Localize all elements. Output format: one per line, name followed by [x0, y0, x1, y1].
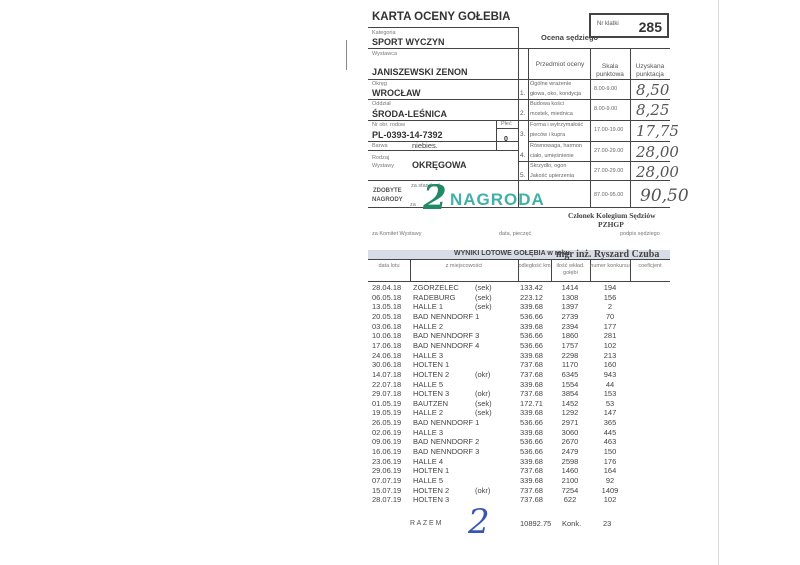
judge-signature-label: podpis sędziego [620, 231, 660, 237]
column-header: z miejscowości [410, 263, 518, 270]
flight-place: HALLE 2 [413, 322, 443, 331]
flight-birds: 1757 [555, 341, 585, 350]
table-row: 07.07.19HALLE 5339.68210092 [368, 476, 688, 485]
flight-place: HALLE 2 [413, 408, 443, 417]
table-row: 01.05.19BAUTZEN(sek)172.71145253 [368, 399, 688, 408]
flight-date: 02.06.19 [372, 428, 401, 437]
flight-distance: 737.68 [520, 389, 543, 398]
score-item-subject-1: Skrzydło, ogon [530, 162, 566, 170]
table-row: 26.05.19BAD NENNDORF 1536.662971365 [368, 418, 688, 427]
flight-tag: (okr) [475, 486, 490, 495]
flight-date: 06.05.18 [372, 293, 401, 302]
flight-birds: 2394 [555, 322, 585, 331]
cage-number-value: 285 [639, 19, 662, 35]
flight-distance: 737.68 [520, 495, 543, 504]
flight-rank: 44 [595, 380, 625, 389]
score-header-1: Uzyskana [630, 63, 670, 71]
scale-header-2: punktowa [590, 71, 630, 79]
score-header-2: punktacja [630, 71, 670, 79]
table-row: 16.06.19BAD NENNDORF 3536.662479150 [368, 447, 688, 456]
summary-konk-count: 23 [603, 519, 611, 528]
results-title: WYNIKI LOTOWE GOŁĘBIA w roku [454, 250, 570, 257]
branch-value: ŚRODA-LEŚNICA [372, 109, 447, 119]
flight-rank: 445 [595, 428, 625, 437]
flight-place: BAD NENNDORF 3 [413, 331, 479, 340]
score-item-subject-2: ciało, umięśnienie [530, 152, 574, 160]
flight-date: 28.07.19 [372, 495, 401, 504]
flight-birds: 2100 [555, 476, 585, 485]
flight-distance: 737.68 [520, 486, 543, 495]
color-label: Barwa [372, 143, 388, 149]
show-type-value: OKRĘGOWA [412, 160, 467, 170]
flight-distance: 536.66 [520, 341, 543, 350]
flight-date: 29.06.19 [372, 466, 401, 475]
flight-birds: 1554 [555, 380, 585, 389]
flight-distance: 536.66 [520, 447, 543, 456]
flight-place: HALLE 3 [413, 351, 443, 360]
flight-birds: 1414 [555, 283, 585, 292]
flight-birds: 2971 [555, 418, 585, 427]
score-item-handwritten: 28,00 [636, 143, 679, 161]
flight-rank: 463 [595, 437, 625, 446]
flight-rank: 92 [595, 476, 625, 485]
flight-distance: 223.12 [520, 293, 543, 302]
summary-km-total: 10892.75 [520, 519, 551, 528]
score-item-subject-2: pieców i kupra [530, 131, 565, 139]
flight-birds: 2739 [555, 312, 585, 321]
flight-distance: 536.66 [520, 418, 543, 427]
flight-birds: 6345 [555, 370, 585, 379]
column-header: numer konkursu [590, 263, 630, 270]
score-item-handwritten: 28,00 [636, 163, 679, 181]
flight-rank: 153 [595, 389, 625, 398]
card-title: KARTA OCENY GOŁEBIA [372, 11, 510, 23]
flight-rank: 177 [595, 322, 625, 331]
flight-place: BAD NENNDORF 3 [413, 447, 479, 456]
cage-number-label: Nr klatki [597, 21, 619, 27]
date-stamp-label: data, pieczęć [499, 231, 531, 237]
flight-date: 28.04.18 [372, 283, 401, 292]
flight-date: 15.07.19 [372, 486, 401, 495]
flight-rank: 150 [595, 447, 625, 456]
flight-place: HALLE 1 [413, 302, 443, 311]
flight-birds: 1860 [555, 331, 585, 340]
pigeon-evaluation-card: KARTA OCENY GOŁEBIA Nr klatki 285 Katego… [368, 0, 688, 565]
flight-rank: 102 [595, 341, 625, 350]
flight-place: BAD NENNDORF 4 [413, 341, 479, 350]
table-row: 03.06.18HALLE 2339.682394177 [368, 322, 688, 331]
flight-place: HALLE 3 [413, 428, 443, 437]
table-row: 28.04.18ZGORZELEC(sek)133.421414194 [368, 283, 688, 292]
flight-birds: 2670 [555, 437, 585, 446]
score-item-handwritten: 17,75 [636, 122, 679, 140]
flight-date: 01.05.19 [372, 399, 401, 408]
table-row: 19.05.19HALLE 2(sek)339.681292147 [368, 408, 688, 417]
district-label: Okręg [372, 81, 387, 87]
table-row: 09.06.19BAD NENNDORF 2536.662670463 [368, 437, 688, 446]
flight-rank: 194 [595, 283, 625, 292]
flight-date: 09.06.19 [372, 437, 401, 446]
summary-konk-label: Konk. [562, 519, 581, 528]
flight-birds: 2298 [555, 351, 585, 360]
divider [528, 99, 670, 100]
score-item-number: 5. [520, 172, 525, 179]
table-row: 23.06.19HALLE 4339.682598176 [368, 457, 688, 466]
flight-birds: 2479 [555, 447, 585, 456]
flight-date: 03.06.18 [372, 322, 401, 331]
flight-place: HOLTEN 3 [413, 389, 449, 398]
column-header: odległość km [518, 263, 551, 270]
flight-place: BAD NENNDORF 1 [413, 312, 479, 321]
table-row: 29.07.18HOLTEN 3(okr)737.683854153 [368, 389, 688, 398]
flight-distance: 339.68 [520, 351, 543, 360]
column-header: coeficjent [630, 263, 670, 270]
judge-stamp-line-2: PZHGP [598, 220, 624, 229]
divider [368, 259, 670, 260]
flight-rank: 176 [595, 457, 625, 466]
divider [368, 180, 670, 181]
flight-distance: 737.68 [520, 466, 543, 475]
score-item-number: 1. [520, 90, 525, 97]
sex-label: Płeć [501, 121, 512, 127]
table-row: 22.07.18HALLE 5339.68155444 [368, 380, 688, 389]
flight-birds: 1452 [555, 399, 585, 408]
flight-date: 19.05.19 [372, 408, 401, 417]
flight-date: 26.05.19 [372, 418, 401, 427]
total-score-handwritten: 90,50 [640, 186, 689, 206]
flight-rank: 70 [595, 312, 625, 321]
total-scale: 87.00-95.00 [594, 191, 623, 199]
color-value: niebies. [412, 141, 438, 150]
flight-rank: 156 [595, 293, 625, 302]
score-item-subject-2: mostek, miednica [530, 110, 573, 118]
divider [528, 141, 670, 142]
flight-date: 24.06.18 [372, 351, 401, 360]
table-row: 13.05.18HALLE 1(sek)339.6813972 [368, 302, 688, 311]
table-row: 29.06.19HOLTEN 1737.681460164 [368, 466, 688, 475]
flight-distance: 172.71 [520, 399, 543, 408]
flight-date: 13.05.18 [372, 302, 401, 311]
category-value: SPORT WYCZYN [372, 37, 445, 47]
flight-birds: 622 [555, 495, 585, 504]
ring-value: PL-0393-14-7392 [372, 130, 443, 140]
flight-place: HOLTEN 2 [413, 486, 449, 495]
score-item-scale: 27.00-29.00 [594, 147, 623, 155]
flight-birds: 7254 [555, 486, 585, 495]
show-type-label-2: Wystawy [372, 163, 394, 169]
flight-date: 14.07.18 [372, 370, 401, 379]
divider [368, 48, 670, 49]
flight-place: HOLTEN 3 [413, 495, 449, 504]
flight-distance: 339.68 [520, 428, 543, 437]
score-item-subject-1: Ogólne wrażenie [530, 80, 571, 88]
column-header: data lotu [368, 263, 410, 270]
flight-rank: 213 [595, 351, 625, 360]
exhibitor-label: Wystawca [372, 51, 397, 57]
flight-rank: 2 [595, 302, 625, 311]
flight-place: HOLTEN 1 [413, 466, 449, 475]
flight-tag: (sek) [475, 302, 492, 311]
branch-label: Oddział [372, 101, 391, 107]
district-value: WROCŁAW [372, 88, 421, 98]
flight-distance: 536.66 [520, 312, 543, 321]
show-type-label-1: Rodzaj [372, 155, 389, 161]
divider [368, 150, 518, 151]
flight-place: HOLTEN 2 [413, 370, 449, 379]
flight-distance: 339.68 [520, 380, 543, 389]
score-item-subject-1: Forma i wytrzymałość [530, 121, 583, 129]
column-header: ilość wkład. gołębi [551, 263, 590, 277]
flight-tag: (sek) [475, 399, 492, 408]
flight-rank: 102 [595, 495, 625, 504]
flight-birds: 1308 [555, 293, 585, 302]
divider [518, 27, 519, 207]
score-item-scale: 8.00-9.00 [594, 85, 617, 93]
awards-label-2: NAGRODY [372, 197, 403, 203]
score-item-number: 3. [520, 131, 525, 138]
table-row: 17.06.18BAD NENNDORF 4536.661757102 [368, 341, 688, 350]
table-row: 06.05.18RADEBURG(sek)223.121308156 [368, 293, 688, 302]
flight-distance: 339.68 [520, 302, 543, 311]
score-item-scale: 8.00-9.00 [594, 105, 617, 113]
flight-tag: (sek) [475, 283, 492, 292]
flight-distance: 737.68 [520, 360, 543, 369]
flight-rank: 147 [595, 408, 625, 417]
table-row: 15.07.19HOLTEN 2(okr)737.6872541409 [368, 486, 688, 495]
table-row: 14.07.18HOLTEN 2(okr)737.686345943 [368, 370, 688, 379]
flight-tag: (sek) [475, 293, 492, 302]
flight-birds: 3060 [555, 428, 585, 437]
flight-distance: 339.68 [520, 476, 543, 485]
flight-rank: 281 [595, 331, 625, 340]
flight-place: BAUTZEN [413, 399, 448, 408]
scan-edge-mark [346, 40, 347, 70]
sex-value: 0 [504, 136, 508, 143]
flight-date: 22.07.18 [372, 380, 401, 389]
score-item-handwritten: 8,50 [636, 81, 669, 99]
awards-sub-za: za [410, 202, 416, 208]
cage-number-box: Nr klatki 285 [589, 13, 669, 38]
divider [528, 120, 670, 121]
divider [528, 161, 670, 162]
flight-place: ZGORZELEC [413, 283, 459, 292]
flight-place: RADEBURG [413, 293, 456, 302]
flight-distance: 339.68 [520, 457, 543, 466]
flight-tag: (sek) [475, 408, 492, 417]
divider [368, 27, 518, 28]
flight-distance: 536.66 [520, 331, 543, 340]
flight-date: 23.06.19 [372, 457, 401, 466]
flight-date: 16.06.19 [372, 447, 401, 456]
table-row: 28.07.19HOLTEN 3737.68622102 [368, 495, 688, 504]
score-item-subject-1: Równowaga, harmon [530, 142, 582, 150]
score-item-number: 4. [520, 152, 525, 159]
score-item-subject-2: głowa, oko, kondycja [530, 90, 581, 98]
summary-label: R A Z E M [410, 520, 442, 527]
flight-date: 30.06.18 [372, 360, 401, 369]
flight-birds: 2598 [555, 457, 585, 466]
flight-distance: 536.66 [520, 437, 543, 446]
score-item-subject-2: Jakość upierzenia [530, 172, 574, 180]
divider [496, 120, 497, 150]
score-item-subject-1: Budowa kości [530, 100, 564, 108]
flight-distance: 737.68 [520, 370, 543, 379]
exhibitor-value: JANISZEWSKI ZENON [372, 67, 468, 77]
subject-header: Przedmiot oceny [530, 61, 590, 69]
category-label: Kategoria [372, 30, 396, 36]
ring-label: Nr obr. rodow [372, 122, 405, 128]
awards-label-1: ZDOBYTE [373, 188, 402, 194]
scale-header-1: Skala [590, 63, 630, 71]
flight-place: HALLE 5 [413, 476, 443, 485]
flight-place: HALLE 4 [413, 457, 443, 466]
flight-date: 07.07.19 [372, 476, 401, 485]
score-item-scale: 27.00-29.00 [594, 167, 623, 175]
flight-tag: (okr) [475, 389, 490, 398]
award-handwritten-number: 2 [423, 178, 447, 218]
divider [496, 128, 518, 129]
judge-stamp-line-1: Członek Kolegium Sędziów [568, 211, 656, 220]
flight-distance: 339.68 [520, 408, 543, 417]
table-row: 02.06.19HALLE 3339.683060445 [368, 428, 688, 437]
committee-signature-label: za Komitet Wystawy [372, 231, 421, 237]
flight-place: BAD NENNDORF 1 [413, 418, 479, 427]
flight-place: BAD NENNDORF 2 [413, 437, 479, 446]
award-stamp: NAGRODA [450, 190, 545, 210]
score-item-number: 2. [520, 110, 525, 117]
flight-place: HOLTEN 1 [413, 360, 449, 369]
flight-distance: 339.68 [520, 322, 543, 331]
flight-birds: 1170 [555, 360, 585, 369]
table-row: 30.06.18HOLTEN 1737.681170160 [368, 360, 688, 369]
judge-evaluation-heading: Ocena sędziego [541, 33, 598, 42]
flight-rank: 365 [595, 418, 625, 427]
table-row: 24.06.18HALLE 3339.682298213 [368, 351, 688, 360]
flight-rank: 943 [595, 370, 625, 379]
flight-birds: 1397 [555, 302, 585, 311]
flight-date: 29.07.18 [372, 389, 401, 398]
flight-birds: 1292 [555, 408, 585, 417]
divider [368, 281, 670, 282]
flight-date: 17.06.18 [372, 341, 401, 350]
flight-tag: (okr) [475, 370, 490, 379]
flight-place: HALLE 5 [413, 380, 443, 389]
flight-birds: 1460 [555, 466, 585, 475]
flight-distance: 133.42 [520, 283, 543, 292]
flight-date: 10.06.18 [372, 331, 401, 340]
table-row: 20.05.18BAD NENNDORF 1536.66273970 [368, 312, 688, 321]
summary-handwritten-number: 2 [468, 502, 490, 542]
flight-rank: 1409 [595, 486, 625, 495]
flight-date: 20.05.18 [372, 312, 401, 321]
flight-rank: 53 [595, 399, 625, 408]
score-item-scale: 17.00-19.00 [594, 126, 623, 134]
divider [368, 79, 670, 80]
flight-rank: 164 [595, 466, 625, 475]
page-edge [718, 0, 719, 565]
score-item-handwritten: 8,25 [636, 101, 669, 119]
flight-birds: 3854 [555, 389, 585, 398]
table-row: 10.06.18BAD NENNDORF 3536.661860281 [368, 331, 688, 340]
flight-rank: 160 [595, 360, 625, 369]
